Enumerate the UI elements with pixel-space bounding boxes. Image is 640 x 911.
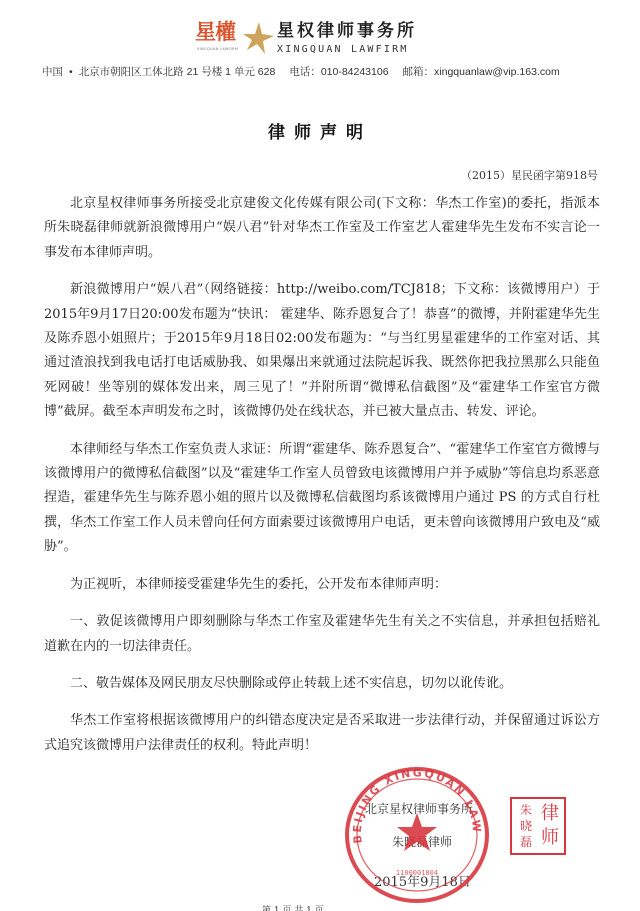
country: 中国 xyxy=(42,66,63,78)
paragraph-facts: 新浪微博用户“娱八君”（网络链接：http://weibo.com/TCJ818… xyxy=(44,278,600,424)
logo-mark-subtext: XINGQUAN LAWFIRM xyxy=(197,47,238,51)
seal-char: 晓 xyxy=(520,818,532,834)
firm-seal-icon: BEIJING XINGQUAN LAW FIRM 1100001804 xyxy=(342,765,492,905)
firm-name-cn: 星权律师事务所 xyxy=(277,20,417,42)
reference-number: （2015）星民函字第918号 xyxy=(461,167,598,183)
seal-title-column: 律 师 xyxy=(538,801,562,851)
lawyer-seal: 朱 晓 磊 律 师 xyxy=(510,797,566,855)
address: 北京市朝阳区工体北路 21 号楼 1 单元 628 xyxy=(79,66,276,78)
paragraph-demand-2: 二、敬告媒体及网民朋友尽快删除或停止转载上述不实信息，切勿以讹传讹。 xyxy=(44,672,600,696)
firm-logo: 星權 XINGQUAN LAWFIRM 星权律师事务所 XINGQUAN LAW… xyxy=(195,18,417,58)
phone-label: 电话： xyxy=(289,66,321,78)
paragraph-conclusion: 华杰工作室将根据该微博用户的纠错态度决定是否采取进一步法律行动，并保留通过诉讼方… xyxy=(44,709,600,758)
firm-name-en: XINGQUAN LAWFIRM xyxy=(277,43,417,56)
page-footer: 第 1 页 共 1 页 xyxy=(262,903,324,911)
svg-text:1100001804: 1100001804 xyxy=(396,869,438,877)
email-address: xingquanlaw@vip.163.com xyxy=(434,66,560,78)
logo-mark-text: 星權 xyxy=(195,20,235,44)
paragraph-verification: 本律师经与华杰工作室负责人求证：所谓“霍建华、陈乔恩复合”、“霍建华工作室官方微… xyxy=(44,438,600,560)
bullet-separator: • xyxy=(69,66,73,78)
paragraph-intro: 北京星权律师事务所接受北京建俊文化传媒有限公司(下文称：华杰工作室)的委托，指派… xyxy=(44,192,600,265)
seal-name-column: 朱 晓 磊 xyxy=(514,801,538,851)
phone-number: 010-84243106 xyxy=(321,66,389,78)
seal-char: 律 xyxy=(541,802,559,826)
seal-char: 磊 xyxy=(520,834,532,850)
document-body: 北京星权律师事务所接受北京建俊文化传媒有限公司(下文称：华杰工作室)的委托，指派… xyxy=(44,192,600,771)
logo-text: 星权律师事务所 XINGQUAN LAWFIRM xyxy=(277,20,417,56)
logo-mark: 星權 XINGQUAN LAWFIRM xyxy=(195,18,273,58)
paragraph-statement-intro: 为正视听，本律师接受霍建华先生的委托，公开发布本律师声明： xyxy=(44,573,600,597)
star-icon xyxy=(239,20,275,56)
seal-char: 师 xyxy=(541,826,559,850)
seal-char: 朱 xyxy=(520,802,532,818)
email-label: 邮箱： xyxy=(403,66,435,78)
paragraph-demand-1: 一、敦促该微博用户即刻删除与华杰工作室及霍建华先生有关之不实信息，并承担包括赔礼… xyxy=(44,610,600,659)
contact-line: 中国•北京市朝阳区工体北路 21 号楼 1 单元 628电话：010-84243… xyxy=(42,64,602,79)
document-title: 律师声明 xyxy=(0,118,640,143)
